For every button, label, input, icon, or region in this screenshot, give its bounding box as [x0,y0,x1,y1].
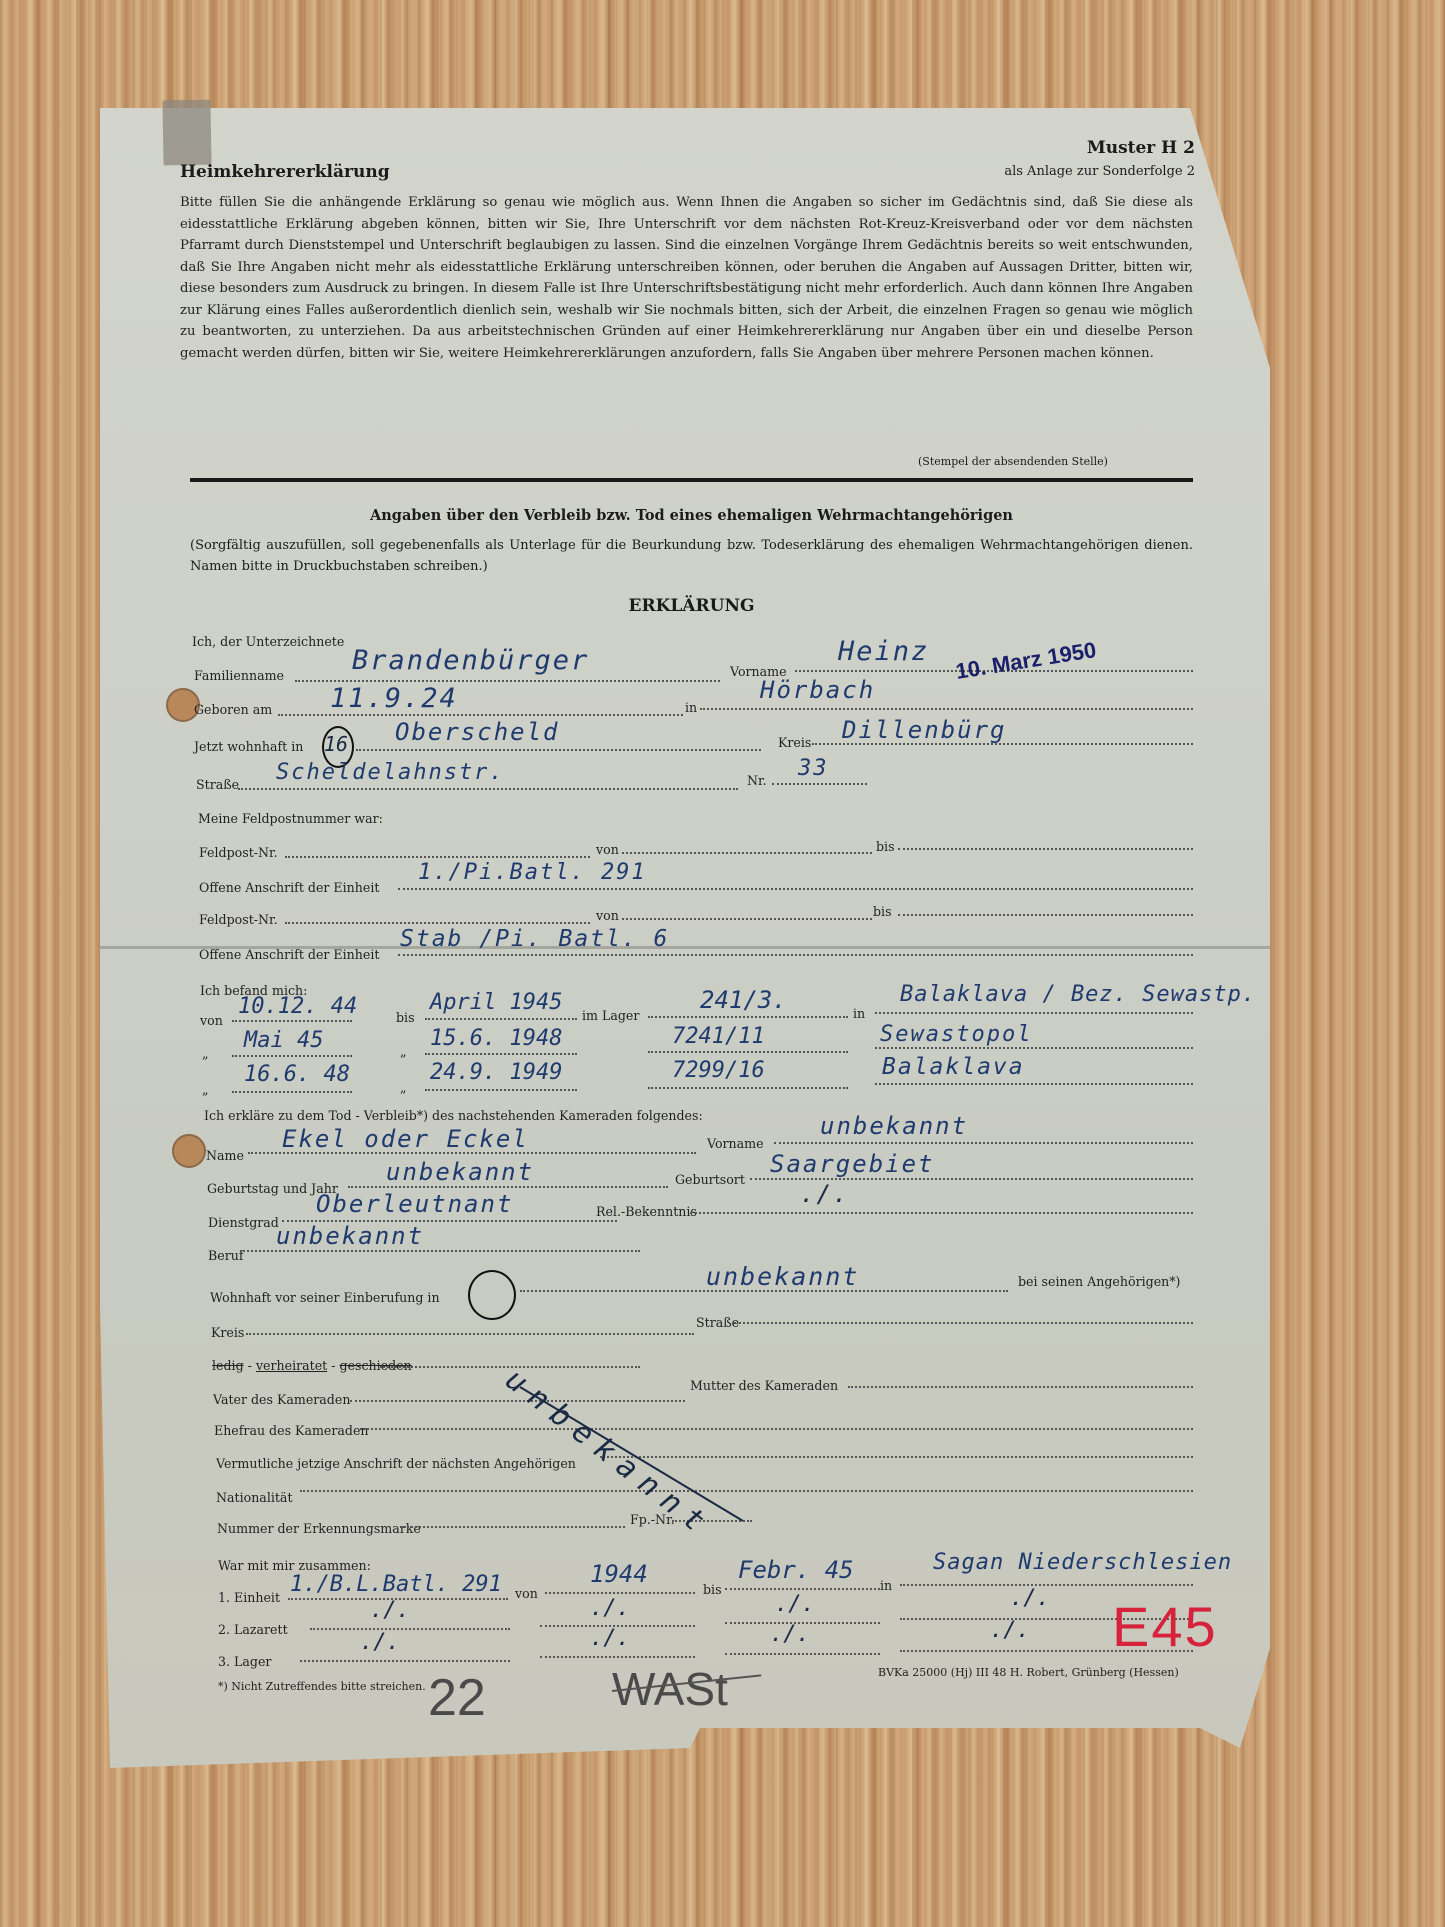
ditto-mark: „ [202,1046,209,1061]
status-separator: - [331,1358,335,1373]
familienname-label: Familienname [194,668,284,683]
form-title: Heimkehrererklärung [180,162,390,182]
together-einheit-line-3[interactable] [300,1660,510,1662]
together-bis-line-3[interactable] [725,1653,880,1655]
camp-ort-line-3[interactable] [875,1083,1193,1085]
feldpost-bis-label-1: bis [876,839,895,854]
ehefrau-line[interactable] [360,1428,1193,1430]
comrade-vorname-label: Vorname [707,1136,764,1151]
footnote: *) Nicht Zutreffendes bitte streichen. [218,1680,426,1693]
bekenntnis-label: Rel.-Bekenntnis [596,1204,697,1219]
together-ort-value-1: Sagan Niederschlesien [933,1550,1232,1575]
anschrift-label-1: Offene Anschrift der Einheit [199,880,379,895]
bekenntnis-line[interactable] [690,1212,1193,1214]
together-row-label-2: 2. Lazarett [218,1622,288,1637]
together-in-label: in [880,1578,892,1593]
geburtstag-value: unbekannt [386,1158,534,1186]
together-bis-label: bis [703,1582,722,1597]
together-heading: War mit mir zusammen: [218,1558,371,1573]
pencil-number: 22 [428,1668,486,1728]
anschrift-value-2: Stab /Pi. Batl. 6 [400,926,669,952]
adhesive-tape [162,100,211,166]
angehoerige-anschrift-label: Vermutliche jetzige Anschrift der nächst… [216,1456,576,1471]
comrade-strasse-label: Straße [696,1315,739,1330]
feldpost-von-label-2: von [596,908,619,923]
camp-bis-line-3[interactable] [425,1089,577,1091]
together-ort-value-3: ./. [990,1618,1030,1643]
mutter-label: Mutter des Kameraden [690,1378,838,1393]
feldpost-von-line-1[interactable] [622,852,872,854]
together-row-label-1: 1. Einheit [218,1590,280,1605]
together-row-label-3: 3. Lager [218,1654,271,1669]
nationalitaet-label: Nationalität [216,1490,293,1505]
together-einheit-value-1: 1./B.L.Batl. 291 [290,1572,502,1597]
camp-bis-line-1[interactable] [425,1018,577,1020]
camp-lager-line-2[interactable] [648,1051,848,1053]
vater-label: Vater des Kameraden [213,1392,350,1407]
geboren-label: Geboren am [194,702,272,717]
ehefrau-label: Ehefrau des Kameraden [214,1423,369,1438]
dienstgrad-label: Dienstgrad [208,1215,279,1230]
feldpost-heading: Meine Feldpostnummer war: [198,811,383,826]
strasse-value: Scheldelahnstr. [276,760,505,785]
form-attachment-note: als Anlage zur Sonderfolge 2 [900,164,1195,179]
camp-bis-value-3: 24.9. 1949 [430,1060,562,1085]
camp-ort-line-2[interactable] [875,1047,1193,1049]
red-annotation: E45 [1112,1594,1218,1659]
nr-label: Nr. [747,773,767,788]
wohnhaft-code: 16 [324,732,348,756]
printer-imprint: BVKa 25000 (Hj) III 48 H. Robert, Grünbe… [878,1666,1179,1679]
camp-von-line-2[interactable] [232,1055,352,1057]
camp-von-value-3: 16.6. 48 [244,1062,350,1087]
section-title: Angaben über den Verbleib bzw. Tod eines… [190,507,1193,524]
comrade-name-label: Name [206,1148,244,1163]
feldpost-von-label-1: von [596,842,619,857]
camp-bis-value-2: 15.6. 1948 [430,1026,562,1051]
feldpost-nr-label-2: Feldpost-Nr. [199,912,278,927]
familienname-value: Brandenbürger [352,645,589,676]
wohnhaft-line[interactable] [356,749,761,751]
comrade-kreis-line[interactable] [246,1333,694,1335]
camp-ort-value-3: Balaklava [882,1054,1025,1080]
together-von-line-3[interactable] [540,1656,695,1658]
strasse-label: Straße [196,777,239,792]
camp-lager-value-2: 7241/11 [672,1024,765,1049]
together-von-label: von [515,1586,538,1601]
comrade-heading: Ich erkläre zu dem Tod - Verbleib*) des … [204,1108,703,1123]
feldpost-nr-label-1: Feldpost-Nr. [199,845,278,860]
comrade-name-value: Ekel oder Eckel [282,1125,529,1153]
camp-von-value-2: Mai 45 [244,1028,323,1053]
camp-ort-line-1[interactable] [875,1012,1193,1014]
camp-ort-value-2: Sewastopol [880,1022,1032,1047]
feldpost-bis-line-1[interactable] [898,848,1193,850]
together-einheit-value-2: ./. [370,1598,410,1623]
geburtsort-value: Hörbach [760,676,875,704]
camp-bis-label: bis [396,1010,415,1025]
camp-ort-value-1: Balaklava / Bez. Sewastp. [900,982,1256,1007]
wohnhaft-label: Jetzt wohnhaft in [194,739,303,754]
together-bis-line-1[interactable] [725,1588,880,1590]
camp-in-label: in [853,1006,865,1021]
ditto-mark: „ [202,1082,209,1097]
beruf-line[interactable] [240,1250,640,1252]
camp-lager-line-1[interactable] [648,1016,848,1018]
erkennungsmarke-line[interactable] [400,1526,625,1528]
declaration-heading: ERKLÄRUNG [190,596,1193,616]
together-bis-value-2: ./. [775,1592,815,1617]
beruf-label: Beruf [208,1248,244,1263]
comrade-strasse-line[interactable] [734,1322,1193,1324]
bekenntnis-value: ./. [800,1180,849,1208]
nationalitaet-line[interactable] [300,1490,1193,1492]
ditto-mark: „ [400,1044,407,1059]
camp-von-line-1[interactable] [232,1020,352,1022]
status-separator: - [248,1358,252,1373]
together-bis-value-1: Febr. 45 [738,1556,854,1584]
form-number: Muster H 2 [900,138,1195,158]
together-von-line-1[interactable] [545,1592,695,1594]
comrade-geburtsort-label: Geburtsort [675,1172,745,1187]
geboren-value: 11.9.24 [330,683,458,714]
camp-von-label: von [200,1013,223,1028]
camp-lager-line-3[interactable] [648,1087,848,1089]
anschrift-label-2: Offene Anschrift der Einheit [199,947,379,962]
comrade-vorname-value: unbekannt [820,1112,968,1140]
status-verheiratet: verheiratet [256,1358,327,1373]
camp-von-line-3[interactable] [232,1091,352,1093]
erkennungsmarke-label: Nummer der Erkennungsmarke [217,1521,421,1536]
wohnhaft-vor-value: unbekannt [706,1262,859,1291]
wohnhaft-vor-label: Wohnhaft vor seiner Einberufung in [210,1290,440,1305]
mutter-line[interactable] [848,1386,1193,1388]
strasse-line[interactable] [238,788,738,790]
instructions-paragraph: Bitte füllen Sie die anhängende Erklärun… [180,192,1193,364]
dienstgrad-value: Oberleutnant [316,1190,513,1218]
feldpost-von-line-2[interactable] [622,918,872,920]
angehoerige-label: bei seinen Angehörigen*) [1018,1274,1180,1289]
feldpost-bis-line-2[interactable] [898,914,1193,916]
beruf-value: unbekannt [276,1222,424,1250]
camp-lager-label: im Lager [582,1008,639,1023]
feldpost-nr-line-2[interactable] [285,922,590,924]
anschrift-value-1: 1./Pi.Batl. 291 [418,860,647,885]
vorname-value: Heinz [838,636,929,667]
together-von-value-3: ./. [590,1626,630,1651]
kreis-label: Kreis [778,735,811,750]
camp-lager-value-1: 241/3. [700,986,787,1014]
stamp-note: (Stempel der absendenden Stelle) [918,455,1108,468]
status-ledig: ledig [212,1358,244,1373]
together-ort-value-2: ./. [1010,1586,1050,1611]
geburtsort-label: in [685,700,697,715]
anschrift-line-1[interactable] [398,888,1193,890]
camp-lager-value-3: 7299/16 [672,1058,765,1083]
comrade-geburtsort-value: Saargebiet [770,1150,935,1178]
anschrift-line-2[interactable] [398,954,1193,956]
feldpost-nr-line-1[interactable] [285,856,590,858]
nr-value: 33 [798,756,829,781]
kreis-value: Dillenbürg [842,716,1007,744]
together-von-value-2: ./. [590,1596,630,1621]
ditto-mark: „ [400,1080,407,1095]
camp-bis-line-2[interactable] [425,1053,577,1055]
geboren-line[interactable] [278,714,683,716]
marital-line[interactable] [380,1366,640,1368]
wohnhaft-value: Oberscheld [395,718,560,746]
familienname-line[interactable] [295,680,720,682]
camp-bis-value-1: April 1945 [430,990,562,1015]
empty-code-circle [468,1270,516,1320]
geburtsort-line[interactable] [700,708,1193,710]
together-einheit-value-3: ./. [360,1630,400,1655]
punch-hole [172,1134,206,1168]
geburtstag-line[interactable] [348,1186,668,1188]
feldpost-bis-label-2: bis [873,904,892,919]
together-einheit-line-2[interactable] [310,1628,510,1630]
section-divider [190,478,1193,482]
section-note: (Sorgfältig auszufüllen, soll gegebenenf… [190,535,1193,577]
together-von-value-1: 1944 [590,1560,648,1588]
comrade-vorname-line[interactable] [774,1142,1193,1144]
declarant-intro-label: Ich, der Unterzeichnete [192,634,344,649]
comrade-kreis-label: Kreis [211,1325,244,1340]
angehoerige-anschrift-line[interactable] [600,1456,1193,1458]
camp-von-value-1: 10.12. 44 [238,994,357,1019]
nr-line[interactable] [772,783,867,785]
together-bis-value-3: ./. [770,1622,810,1647]
